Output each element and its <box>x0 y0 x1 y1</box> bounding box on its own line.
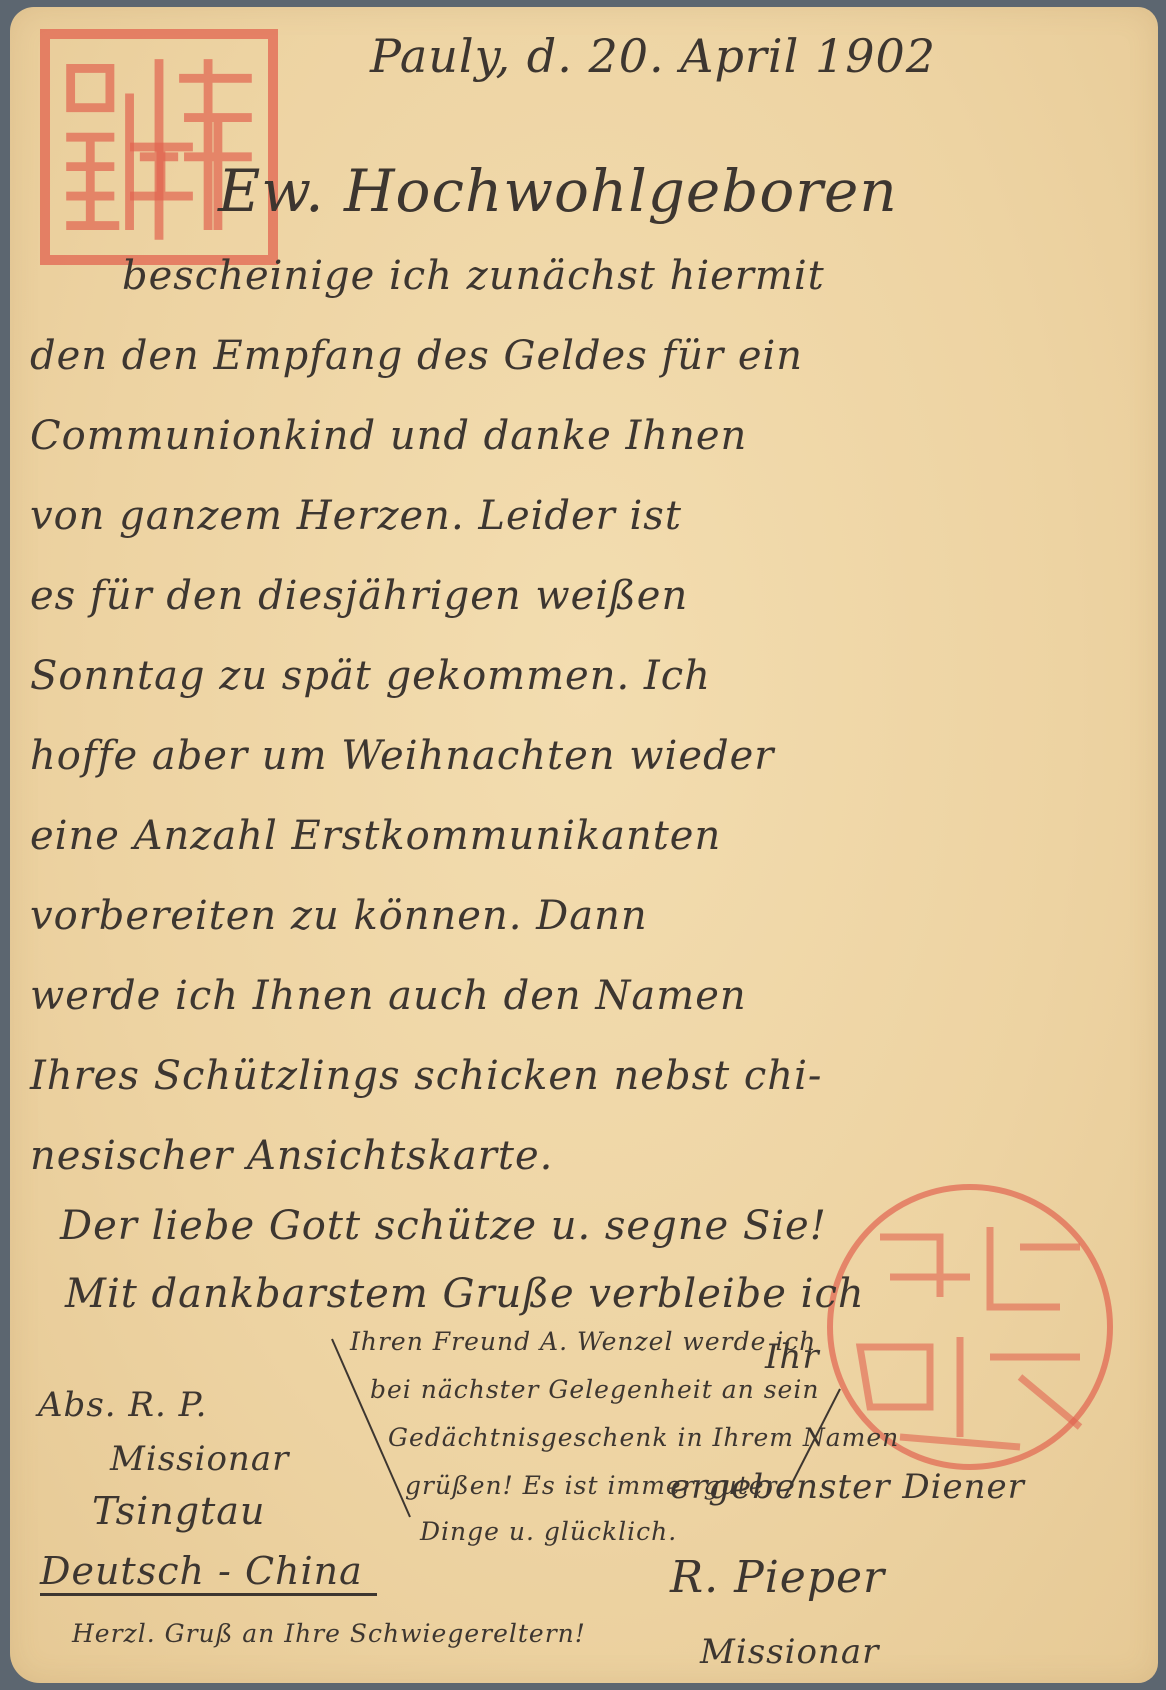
body-line-2: den den Empfang des Geldes für ein <box>30 333 803 379</box>
margin-note-line-2: bei nächster Gelegenheit an sein <box>370 1375 819 1404</box>
body-line-7: hoffe aber um Weihnachten wieder <box>30 733 774 779</box>
sender-label: Abs. R. P. <box>38 1385 207 1425</box>
sender-country: Deutsch - China <box>40 1549 377 1596</box>
postcard: Pauly, d. 20. April 1902 Ew. Hochwohlgeb… <box>10 7 1158 1683</box>
sender-role: Missionar <box>110 1439 289 1479</box>
body-line-5: es für den diesjährigen weißen <box>30 573 688 619</box>
place-date: Pauly, d. 20. April 1902 <box>370 29 936 83</box>
closing-blessing: Der liebe Gott schütze u. segne Sie! <box>60 1203 827 1249</box>
body-line-3: Communionkind und danke Ihnen <box>30 413 747 459</box>
body-line-10: werde ich Ihnen auch den Namen <box>30 973 747 1019</box>
body-line-8: eine Anzahl Erstkommunikanten <box>30 813 721 859</box>
margin-note-line-1: Ihren Freund A. Wenzel werde ich <box>350 1327 816 1356</box>
body-line-9: vorbereiten zu können. Dann <box>30 893 648 939</box>
body-line-1: bescheinige ich zunächst hiermit <box>122 253 825 299</box>
signature-title: Missionar <box>700 1632 879 1672</box>
postscript: Herzl. Gruß an Ihre Schwiegereltern! <box>72 1619 586 1648</box>
body-line-6: Sonntag zu spät gekommen. Ich <box>30 653 711 699</box>
margin-note-line-5: Dinge u. glücklich. <box>420 1517 677 1546</box>
signature-prefix: Ihr <box>765 1337 820 1377</box>
closing-greeting: Mit dankbarstem Gruße verbleibe ich <box>65 1271 865 1317</box>
signature-phrase: ergebenster Diener <box>670 1467 1025 1507</box>
body-line-4: von ganzem Herzen. Leider ist <box>30 493 682 539</box>
square-seal-stamp <box>40 29 278 265</box>
body-line-11: Ihres Schützlings schicken nebst chi- <box>30 1053 822 1099</box>
body-line-12: nesischer Ansichtskarte. <box>30 1133 553 1179</box>
margin-note-line-3: Gedächtnisgeschenk in Ihrem Namen <box>388 1423 899 1452</box>
salutation: Ew. Hochwohlgeboren <box>218 157 898 225</box>
sender-city: Tsingtau <box>92 1489 265 1533</box>
signature-name: R. Pieper <box>670 1552 885 1603</box>
